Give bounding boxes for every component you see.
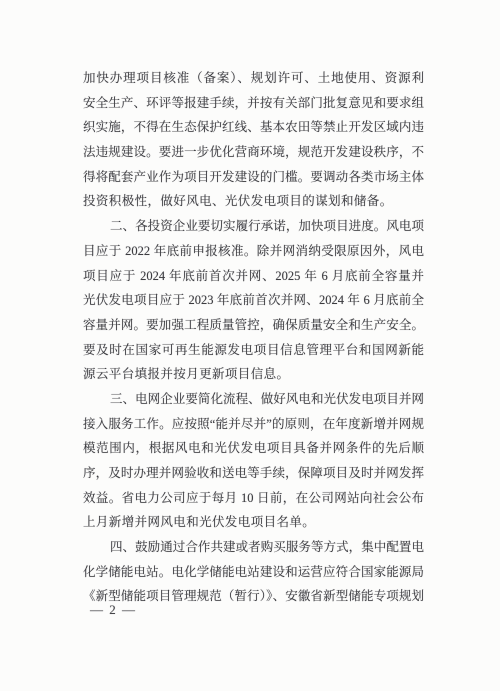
- text-line: 接入服务工作。应按照“能并尽并”的原则，在年度新增并网规: [83, 412, 424, 437]
- document-page: 加快办理项目核准（备案）、规划许可、土地使用、资源利用、 安全生产、环评等报建手…: [0, 0, 500, 691]
- text-line: 织实施，不得在生态保护红线、基本农田等禁止开发区域内违: [83, 115, 424, 140]
- page-number: — 2 —: [90, 602, 137, 618]
- text-line-paragraph-2-start: 二、各投资企业要切实履行承诺，加快项目进度。风电项: [83, 214, 424, 239]
- text-line: 投资积极性，做好风电、光伏发电项目的谋划和储备。: [83, 189, 424, 214]
- text-line: 项目应于 2024 年底前首次并网、2025 年 6 月底前全容量并网；: [83, 264, 424, 289]
- text-line: 安全生产、环评等报建手续，并按有关部门批复意见和要求组: [83, 91, 424, 116]
- text-line: 效益。省电力公司应于每月 10 日前，在公司网站向社会公布: [83, 486, 424, 511]
- text-line: 法违规建设。要进一步优化营商环境，规范开发建设秩序，不: [83, 140, 424, 165]
- text-line-paragraph-3-start: 三、电网企业要简化流程、做好风电和光伏发电项目并网: [83, 387, 424, 412]
- text-line: 序，及时办理并网验收和送电等手续，保障项目及时并网发挥: [83, 461, 424, 486]
- text-line: 目应于 2022 年底前申报核准。除并网消纳受限原因外，风电: [83, 239, 424, 264]
- text-line: 上月新增并网风电和光伏发电项目名单。: [83, 510, 424, 535]
- text-line: 加快办理项目核准（备案）、规划许可、土地使用、资源利用、: [83, 66, 424, 91]
- text-line: 容量并网。要加强工程质量管控，确保质量安全和生产安全。: [83, 313, 424, 338]
- text-line: 得将配套产业作为项目开发建设的门槛。要调动各类市场主体: [83, 165, 424, 190]
- body-text: 加快办理项目核准（备案）、规划许可、土地使用、资源利用、 安全生产、环评等报建手…: [83, 66, 424, 609]
- text-line-paragraph-4-start: 四、鼓励通过合作共建或者购买服务等方式，集中配置电: [83, 535, 424, 560]
- text-line: 光伏发电项目应于 2023 年底前首次并网、2024 年 6 月底前全: [83, 288, 424, 313]
- text-line: 要及时在国家可再生能源发电项目信息管理平台和国网新能: [83, 338, 424, 363]
- text-line: 模范围内，根据风电和光伏发电项目具备并网条件的先后顺: [83, 436, 424, 461]
- text-line: 化学储能电站。电化学储能电站建设和运营应符合国家能源局: [83, 560, 424, 585]
- text-line: 源云平台填报并按月更新项目信息。: [83, 362, 424, 387]
